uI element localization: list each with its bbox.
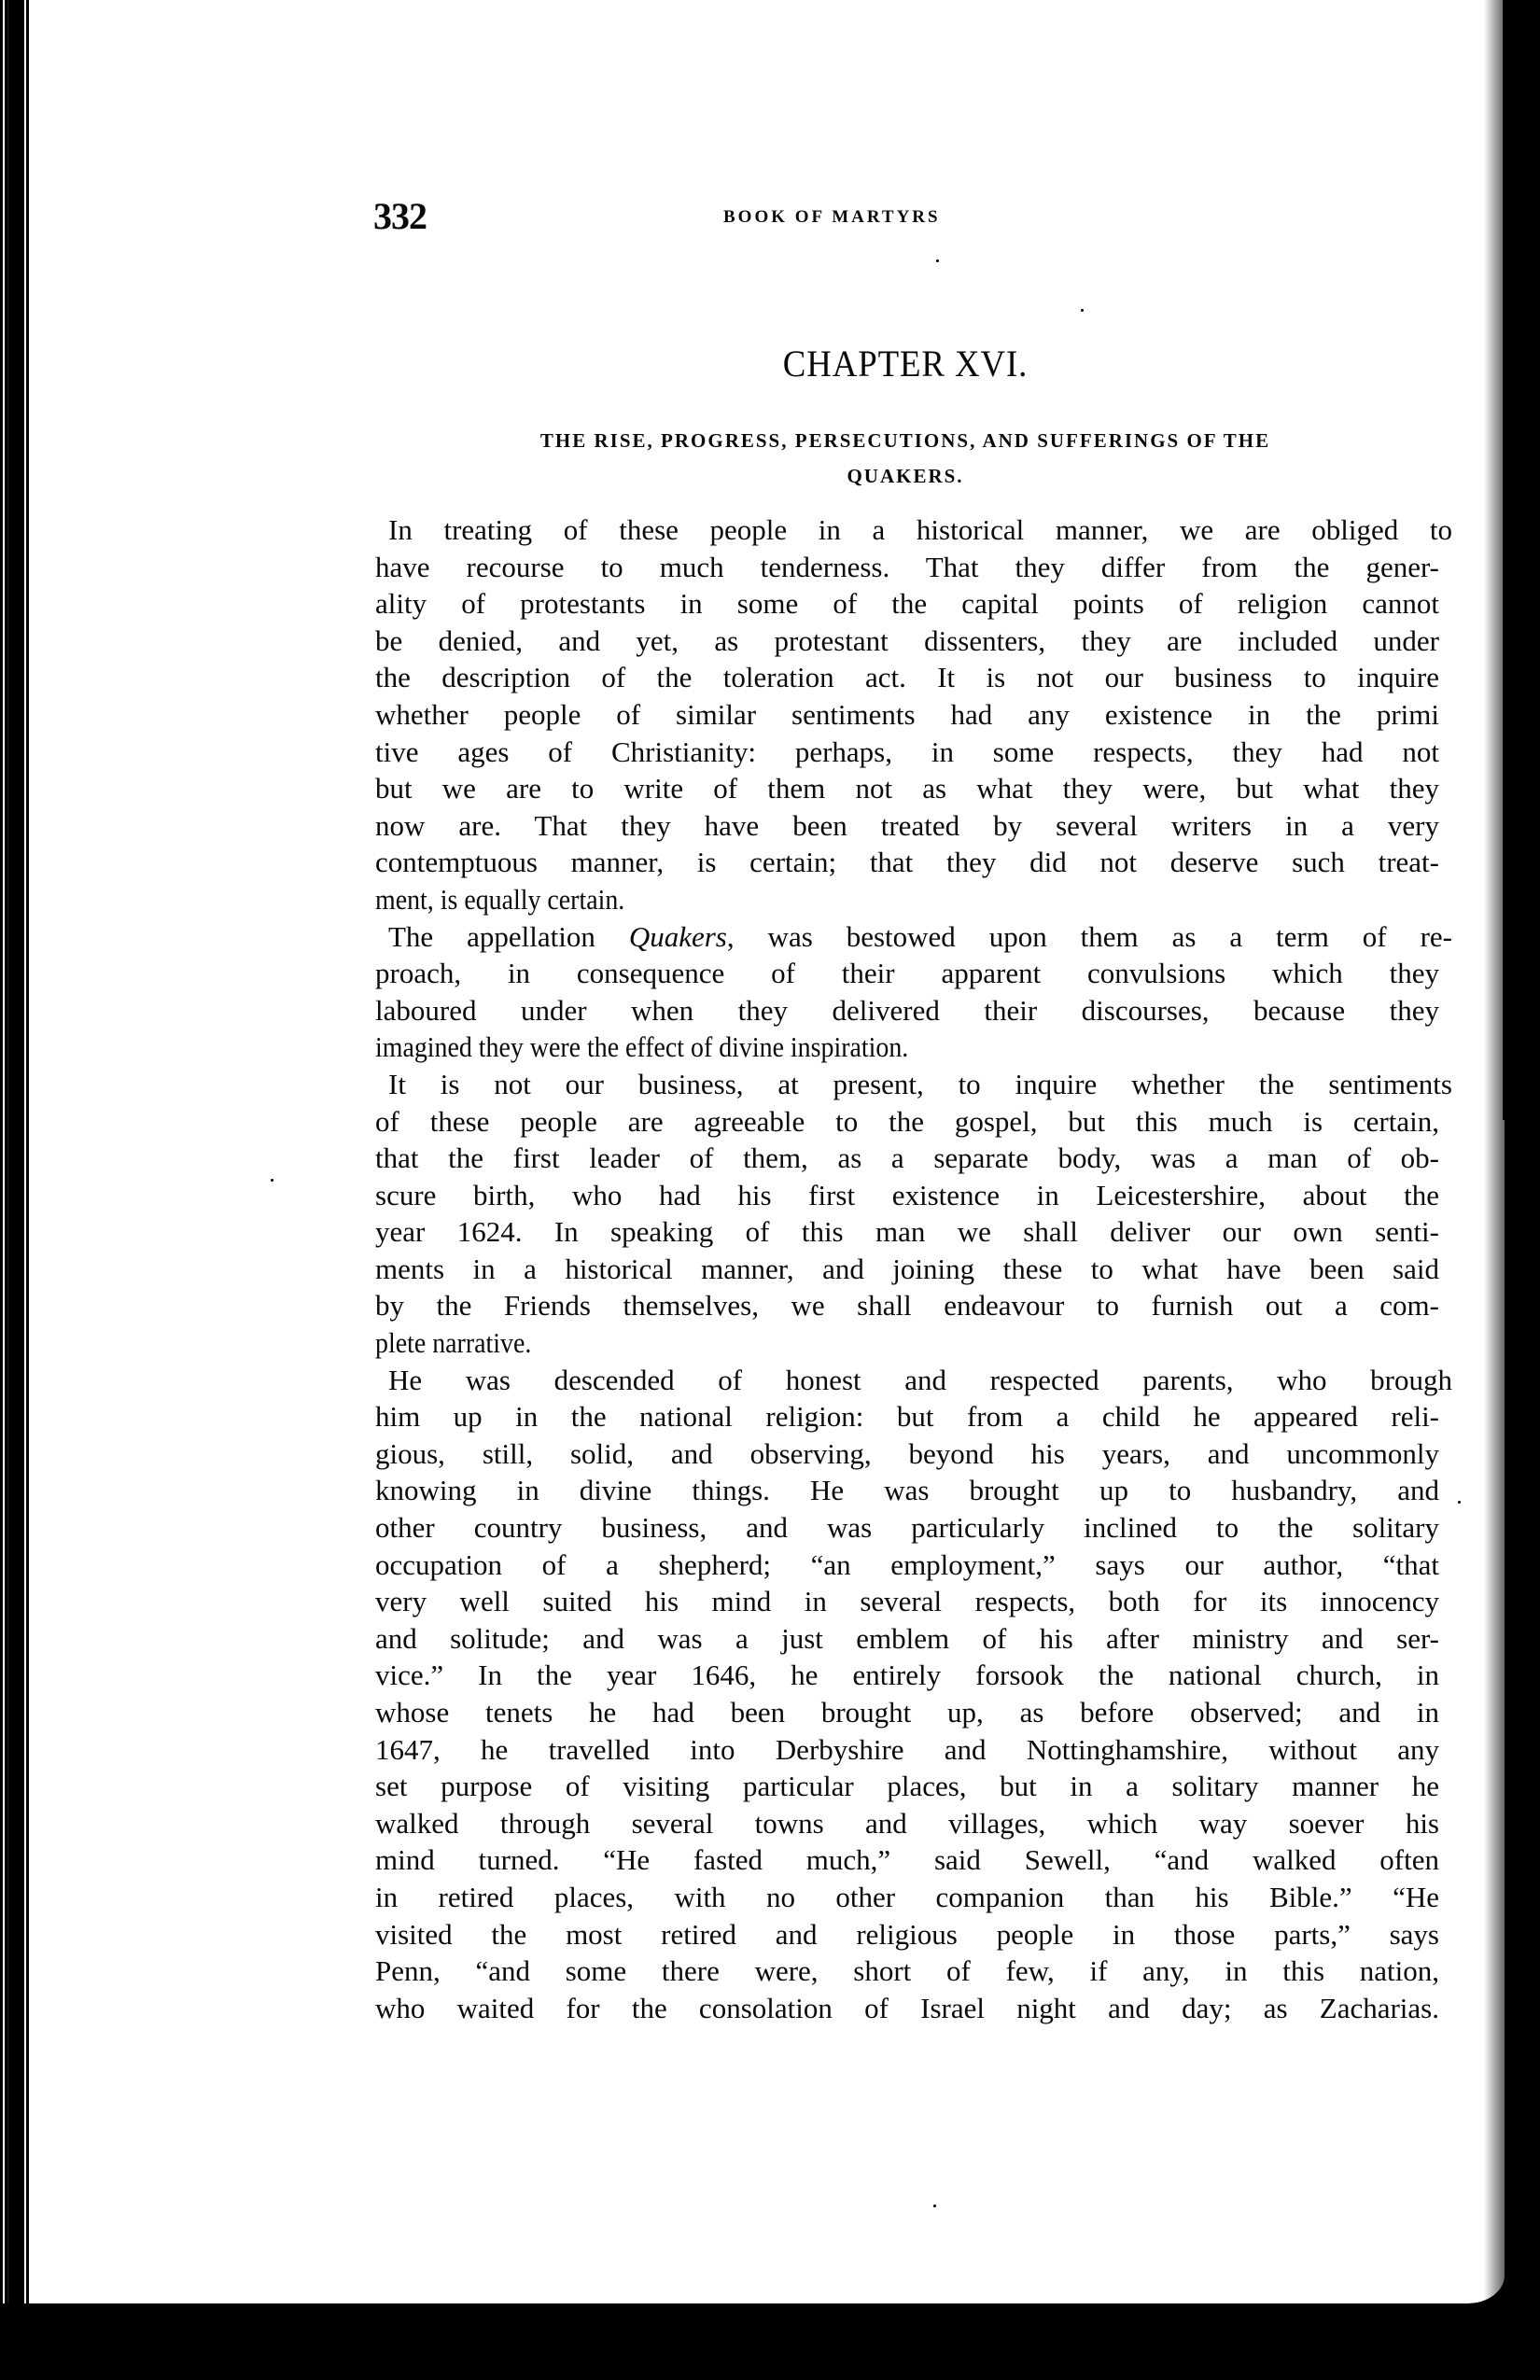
scan-speck — [271, 1179, 273, 1182]
text-span: The appellation — [388, 920, 629, 953]
text-line: who waited for the consolation of Israel… — [375, 1990, 1439, 2027]
chapter-subtitle-line-1: THE RISE, PROGRESS, PERSECUTIONS, AND SU… — [373, 423, 1437, 458]
text-line: mind turned. “He fasted much,” said Sewe… — [375, 1841, 1439, 1879]
scan-speck — [933, 2205, 936, 2207]
text-line: He was descended of honest and respected… — [375, 1362, 1452, 1399]
text-line: him up in the national religion: but fro… — [375, 1398, 1439, 1435]
text-line: in retired places, with no other compani… — [375, 1879, 1439, 1916]
text-line: scure birth, who had his first existence… — [375, 1177, 1439, 1214]
paragraph-4: He was descended of honest and respected… — [375, 1362, 1439, 2027]
book-binding-edge — [0, 0, 29, 2380]
text-line: proach, in consequence of their apparent… — [375, 955, 1439, 992]
chapter-subtitle-line-2: QUAKERS. — [373, 458, 1437, 494]
text-line: year 1624. In speaking of this man we sh… — [375, 1213, 1439, 1251]
text-line: the description of the toleration act. I… — [375, 659, 1439, 696]
text-line: of these people are agreeable to the gos… — [375, 1103, 1439, 1141]
text-line: that the first leader of them, as a sepa… — [375, 1140, 1439, 1177]
running-head: 332 BOOK OF MARTYRS — [373, 194, 1447, 241]
text-line: occupation of a shepherd; “an employment… — [375, 1547, 1439, 1584]
text-line: knowing in divine things. He was brought… — [375, 1472, 1439, 1509]
text-span: , was bestowed upon them as a term of re… — [727, 920, 1452, 953]
text-line: and solitude; and was a just emblem of h… — [375, 1620, 1439, 1658]
text-line: ments in a historical manner, and joinin… — [375, 1251, 1439, 1288]
running-title: BOOK OF MARTYRS — [723, 207, 941, 228]
scan-speck — [1081, 309, 1084, 312]
chapter-subtitle: THE RISE, PROGRESS, PERSECUTIONS, AND SU… — [373, 423, 1437, 494]
text-line: walked through several towns and village… — [375, 1805, 1439, 1842]
text-line: whether people of similar sentiments had… — [375, 696, 1439, 734]
text-line: tive ages of Christianity: perhaps, in s… — [375, 734, 1439, 771]
chapter-title: CHAPTER XVI. — [416, 342, 1395, 385]
page-bottom-edge — [0, 2303, 1540, 2380]
text-line: vice.” In the year 1646, he entirely for… — [375, 1657, 1439, 1694]
text-line: set purpose of visiting particular place… — [375, 1768, 1439, 1805]
text-line: now are. That they have been treated by … — [375, 807, 1439, 845]
text-line: very well suited his mind in several res… — [375, 1583, 1439, 1620]
text-line: gious, still, solid, and observing, beyo… — [375, 1435, 1439, 1473]
text-line: other country business, and was particul… — [375, 1509, 1439, 1547]
text-line: be denied, and yet, as protestant dissen… — [375, 623, 1439, 660]
text-line: by the Friends themselves, we shall ende… — [375, 1287, 1439, 1324]
text-line: but we are to write of them not as what … — [375, 770, 1439, 807]
text-line: Penn, “and some there were, short of few… — [375, 1953, 1439, 1990]
body-text: In treating of these people in a histori… — [375, 511, 1439, 2026]
text-line: laboured under when they delivered their… — [375, 992, 1439, 1029]
text-line: In treating of these people in a histori… — [375, 511, 1452, 549]
text-line: 1647, he travelled into Derbyshire and N… — [375, 1731, 1439, 1769]
text-line: ality of protestants in some of the capi… — [375, 585, 1439, 623]
page-right-edge-dark — [1503, 0, 1540, 1120]
scan-speck — [936, 259, 939, 262]
text-line: imagined they were the effect of divine … — [375, 1029, 1333, 1066]
text-line: whose tenets he had been brought up, as … — [375, 1694, 1439, 1731]
scan-speck — [1458, 1501, 1461, 1504]
text-line: visited the most retired and religious p… — [375, 1916, 1439, 1953]
text-line: have recourse to much tenderness. That t… — [375, 549, 1439, 586]
paragraph-2: The appellation Quakers, was bestowed up… — [375, 918, 1439, 1066]
text-line: The appellation Quakers, was bestowed up… — [375, 918, 1452, 956]
text-line: contemptuous manner, is certain; that th… — [375, 844, 1439, 881]
italic-term-quakers: Quakers — [629, 920, 727, 953]
paragraph-1: In treating of these people in a histori… — [375, 511, 1439, 918]
text-line: plete narrative. — [375, 1324, 1333, 1362]
paragraph-3: It is not our business, at present, to i… — [375, 1066, 1439, 1362]
text-line: It is not our business, at present, to i… — [375, 1066, 1452, 1103]
page-number: 332 — [373, 194, 427, 238]
text-line: ment, is equally certain. — [375, 881, 1333, 918]
